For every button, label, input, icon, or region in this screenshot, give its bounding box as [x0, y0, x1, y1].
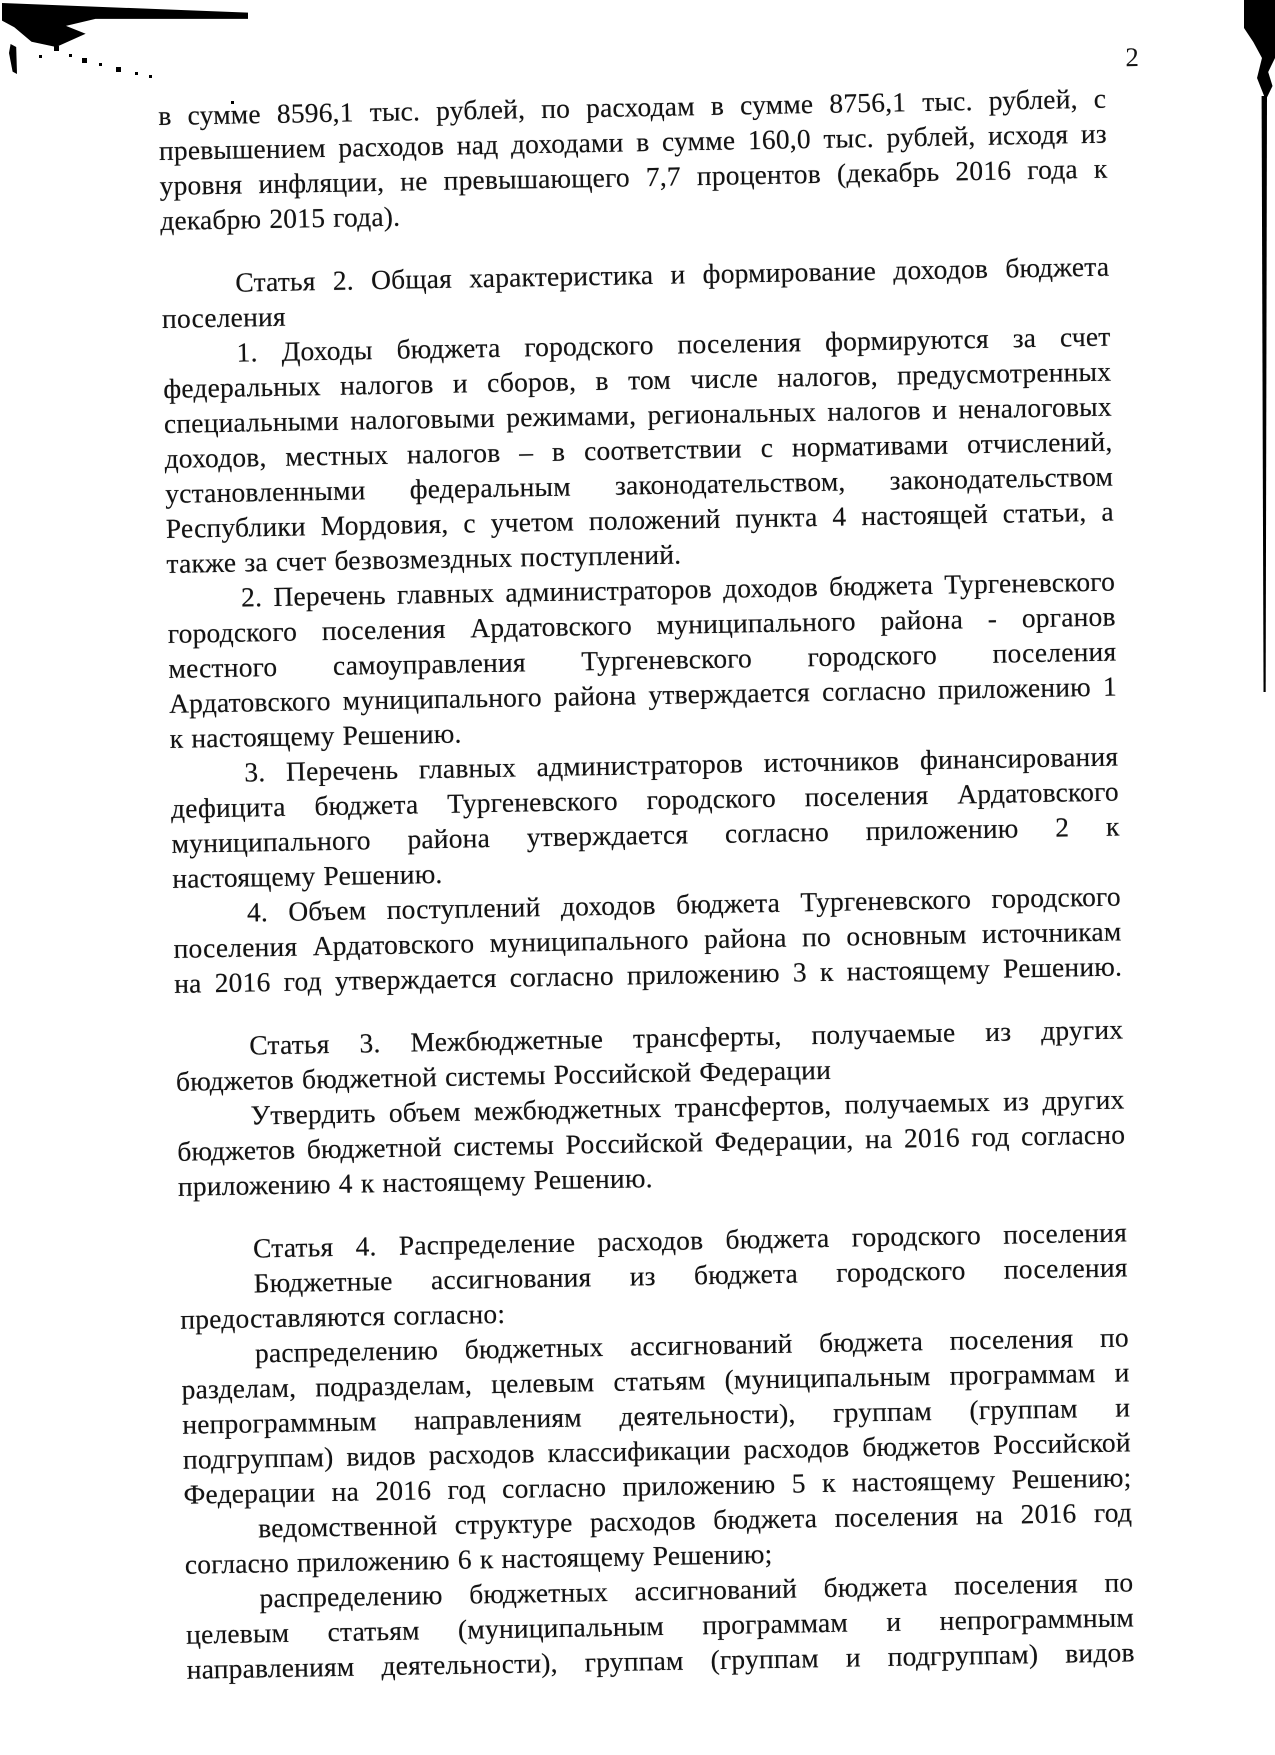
scanned-document-page: 2 в сумме 8596,1 тыс. рублей, по расхода… — [0, 0, 1275, 1755]
page-number: 2 — [1125, 42, 1140, 73]
page-content: 2 в сумме 8596,1 тыс. рублей, по расхода… — [0, 0, 1275, 1755]
scan-artifact-top-left-specks — [0, 0, 1, 1]
document-text-body: в сумме 8596,1 тыс. рублей, по расходам … — [158, 81, 1135, 1687]
